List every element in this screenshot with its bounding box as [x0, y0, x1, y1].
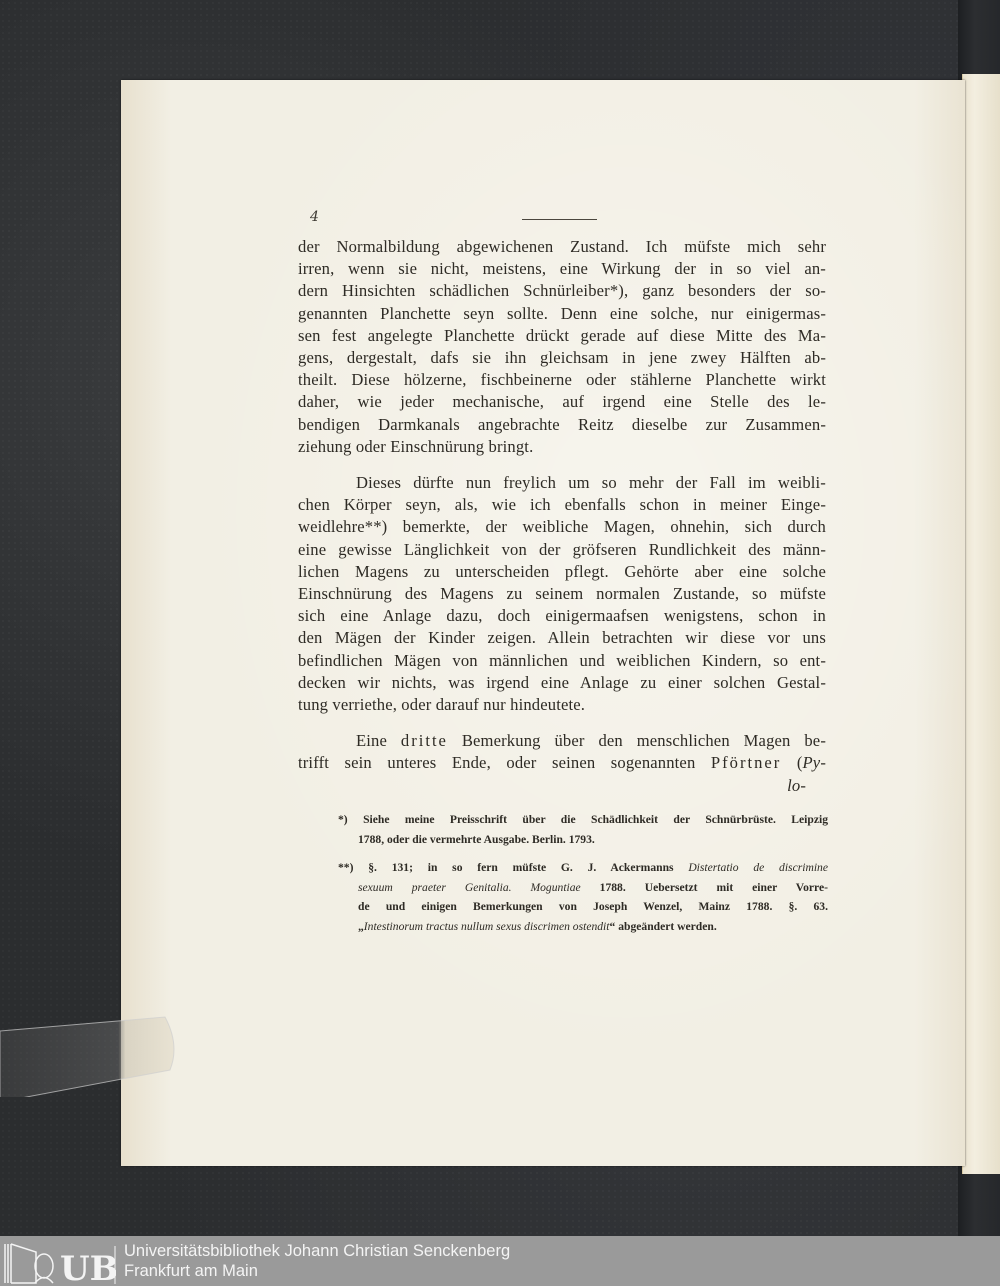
footnote-marker: *)	[338, 813, 348, 826]
footnote-line: de und einigen Bemerkungen von Joseph We…	[338, 897, 828, 917]
emphasis-spaced: Pförtner	[711, 753, 781, 772]
footnote-line: sexuum praeter Genitalia. Moguntiae 1788…	[338, 878, 828, 898]
text-line: eine gewisse Länglichkeit von der gröfse…	[298, 539, 826, 561]
library-name-line1: Universitätsbibliothek Johann Christian …	[124, 1241, 510, 1261]
text-line: decken wir nichts, was irgend eine Anlag…	[298, 672, 826, 694]
paragraph-2: Dieses dürfte nun freylich um so mehr de…	[298, 472, 826, 716]
text-line: tung verriethe, oder darauf nur hindeute…	[298, 694, 826, 716]
text-line: dern Hinsichten schädlichen Schnürleiber…	[298, 280, 826, 302]
page-number: 4	[310, 209, 319, 225]
text-line: weidlehre**) bemerkte, der weibliche Mag…	[298, 516, 826, 538]
text-line: den Mägen der Kinder zeigen. Allein betr…	[298, 627, 826, 649]
footnote-marker: **)	[338, 861, 353, 874]
footnotes: *) Siehe meine Preisschrift über die Sch…	[338, 810, 828, 945]
text-line: sen fest angelegte Planchette drückt ger…	[298, 325, 826, 347]
text-line: lichen Magens zu unterscheiden pflegt. G…	[298, 561, 826, 583]
header-rule	[522, 219, 597, 220]
text-line: trifft sein unteres Ende, oder seinen so…	[298, 752, 826, 774]
text-line: theilt. Diese hölzerne, fischbeinerne od…	[298, 369, 826, 391]
footnote-line: *) Siehe meine Preisschrift über die Sch…	[338, 810, 828, 830]
footnote-line: 1788, oder die vermehrte Ausgabe. Berlin…	[338, 830, 828, 850]
text-line: gens, dergestalt, dafs sie ihn gleichsam…	[298, 347, 826, 369]
library-name-line2: Frankfurt am Main	[124, 1261, 510, 1281]
footer-bar: UB Universitätsbibliothek Johann Christi…	[0, 1236, 1000, 1286]
page-clip	[0, 1005, 178, 1097]
next-page-edge	[962, 74, 1000, 1174]
text-line: daher, wie jeder mechanische, auf irgend…	[298, 391, 826, 413]
text-line: ziehung oder Einschnürung bringt.	[298, 436, 826, 458]
text-line: der Normalbildung abgewichenen Zustand. …	[298, 236, 826, 258]
ub-logo-icon: UB	[2, 1240, 116, 1284]
footnote-line: **) §. 131; in so fern müfste G. J. Acke…	[338, 858, 828, 878]
footnote-2: **) §. 131; in so fern müfste G. J. Acke…	[338, 858, 828, 936]
text-line: befindlichen Mägen von männlichen und we…	[298, 650, 826, 672]
footnote-1: *) Siehe meine Preisschrift über die Sch…	[338, 810, 828, 849]
text-line: Eine dritte Bemerkung über den menschlic…	[298, 730, 826, 752]
library-name: Universitätsbibliothek Johann Christian …	[124, 1241, 510, 1281]
text-line: sich eine Anlage dazu, doch einigermaafs…	[298, 605, 826, 627]
text-line: irren, wenn sie nicht, meistens, eine Wi…	[298, 258, 826, 280]
text-line: Einschnürung des Magens zu seinem normal…	[298, 583, 826, 605]
text-line: chen Körper seyn, als, wie ich ebenfalls…	[298, 494, 826, 516]
paragraph-1: der Normalbildung abgewichenen Zustand. …	[298, 236, 826, 458]
emphasis-spaced: dritte	[401, 731, 448, 750]
paragraph-3: Eine dritte Bemerkung über den menschlic…	[298, 730, 826, 797]
text-line: bendigen Darmkanals angebrachte Reitz di…	[298, 414, 826, 436]
text-line: Dieses dürfte nun freylich um so mehr de…	[298, 472, 826, 494]
catchword: lo-	[298, 775, 826, 797]
body-text: der Normalbildung abgewichenen Zustand. …	[298, 236, 826, 797]
text-line: genannten Planchette seyn sollte. Denn e…	[298, 303, 826, 325]
footnote-line: „Intestinorum tractus nullum sexus discr…	[338, 917, 828, 937]
svg-text:UB: UB	[60, 1249, 116, 1284]
